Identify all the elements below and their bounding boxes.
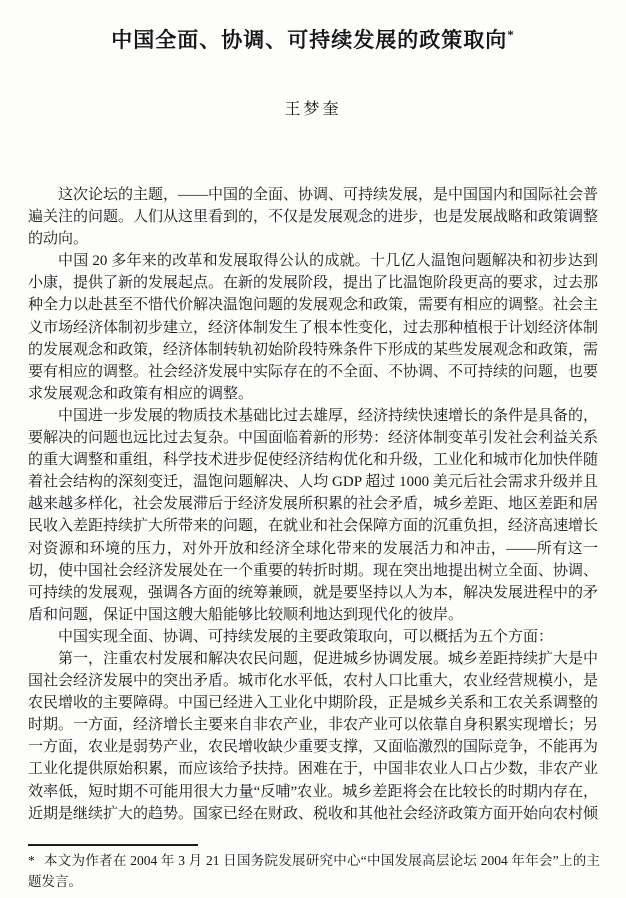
footnote-area: *本文为作者在 2004 年 3 月 21 日国务院发展研究中心“中国发展高层论… <box>28 844 600 892</box>
paragraph: 中国实现全面、协调、可持续发展的主要政策取向，可以概括为五个方面： <box>28 626 598 648</box>
author-name: 王梦奎 <box>0 96 626 119</box>
title-footnote-marker: * <box>507 27 515 42</box>
paper-title: 中国全面、协调、可持续发展的政策取向* <box>0 24 626 54</box>
paragraph: 中国进一步发展的物质技术基础比过去雄厚，经济持续快速增长的条件是具备的，要解决的… <box>28 405 598 626</box>
footnote-separator <box>28 844 198 846</box>
paragraph: 这次论坛的主题，——中国的全面、协调、可持续发展，是中国国内和国际社会普遍关注的… <box>28 184 598 250</box>
paper-title-text: 中国全面、协调、可持续发展的政策取向 <box>111 28 507 52</box>
paragraph: 中国 20 多年来的改革和发展取得公认的成就。十几亿人温饱问题解决和初步达到小康… <box>28 250 598 405</box>
footnote-text: 本文为作者在 2004 年 3 月 21 日国务院发展研究中心“中国发展高层论坛… <box>28 853 600 889</box>
paper-page: 中国全面、协调、可持续发展的政策取向* 王梦奎 这次论坛的主题，——中国的全面、… <box>0 0 626 898</box>
paragraph: 第一，注重农村发展和解决农民问题，促进城乡协调发展。城乡差距持续扩大是中国社会经… <box>28 648 598 825</box>
body-text: 这次论坛的主题，——中国的全面、协调、可持续发展，是中国国内和国际社会普遍关注的… <box>28 184 598 825</box>
footnote: *本文为作者在 2004 年 3 月 21 日国务院发展研究中心“中国发展高层论… <box>28 851 600 892</box>
footnote-marker: * <box>28 853 35 868</box>
